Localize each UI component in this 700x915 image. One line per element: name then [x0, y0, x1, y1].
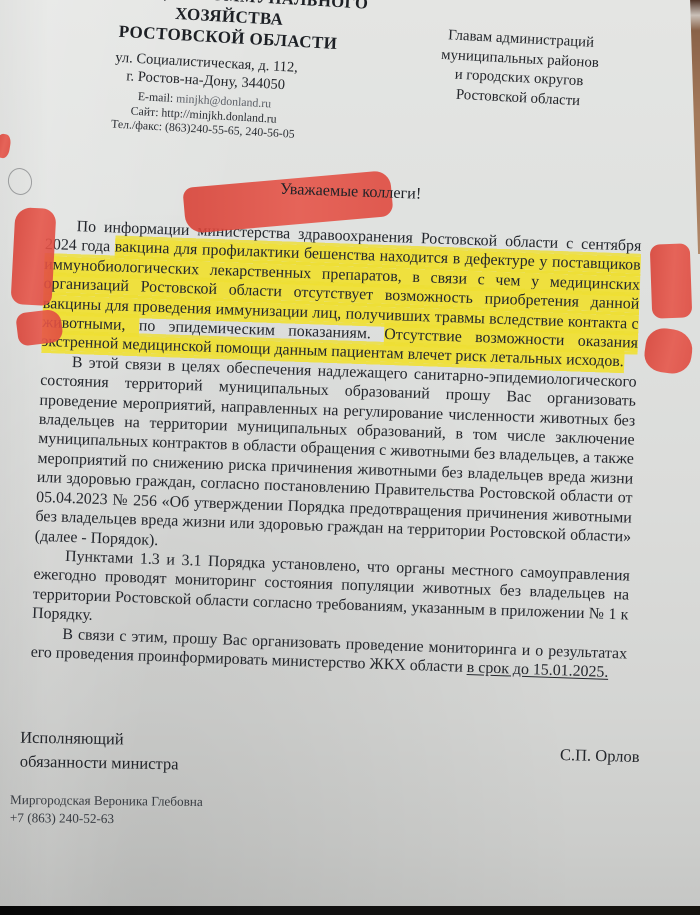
paragraph-1: По информации министерства здравоохранен…: [41, 216, 641, 373]
red-exclamation-bar-left: [10, 207, 56, 306]
red-dash-left-edge: [0, 133, 12, 159]
letter-body: По информации министерства здравоохранен…: [30, 216, 641, 683]
photo-bottom-edge: [0, 906, 700, 915]
signature-position-line1: Исполняющий: [20, 726, 179, 753]
email-label: E-mail:: [138, 89, 174, 105]
red-exclamation-bar-right: [650, 243, 693, 318]
paragraph-2: В этой связи в целях обеспечения надлежа…: [34, 352, 636, 567]
red-exclamation-dot-left: [15, 308, 64, 346]
document-photo: ЖИЛИЩНО-КОММУНАЛЬНОГО ХОЗЯЙСТВА РОСТОВСК…: [0, 0, 700, 915]
red-exclamation-dot-right: [642, 326, 695, 376]
highlighted-text: вакцина для профилактики бешенства наход…: [42, 239, 641, 335]
signature-position: Исполняющий обязанности министра: [20, 726, 180, 777]
executor-phone: +7 (863) 240-52-63: [10, 809, 203, 829]
signature-name: С.П. Орлов: [560, 743, 640, 769]
recipient-block: Главам администраций муниципальных район…: [410, 24, 629, 113]
pen-circle-mark: [5, 166, 34, 197]
executor-block: Миргородская Вероника Глебовна +7 (863) …: [10, 791, 203, 829]
executor-name: Миргородская Вероника Глебовна: [10, 791, 203, 811]
signature-position-line2: обязанности министра: [20, 750, 179, 777]
letterhead-block: ЖИЛИЩНО-КОММУНАЛЬНОГО ХОЗЯЙСТВА РОСТОВСК…: [58, 0, 396, 146]
underlined-text: в срок до 15.01.2025.: [467, 659, 609, 681]
table-surface-edge: [684, 0, 700, 254]
